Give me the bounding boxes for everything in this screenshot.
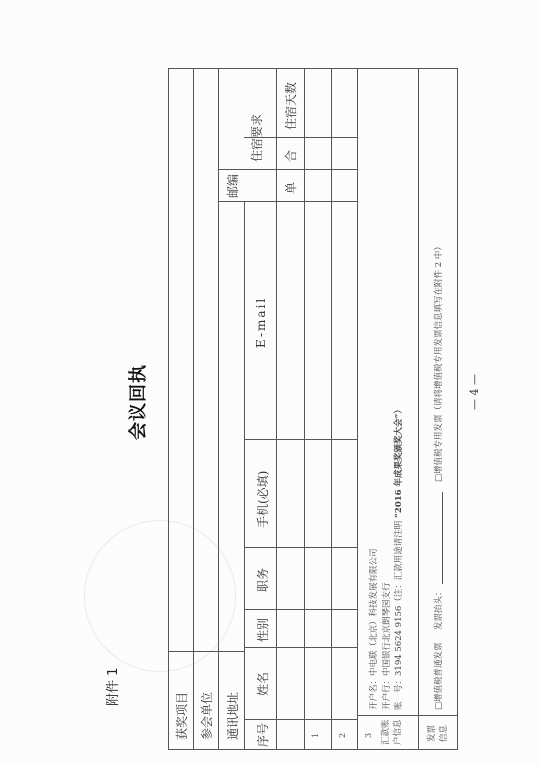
remittance-label: 汇款账 户信息: [380, 719, 404, 745]
attending-unit-label: 参会单位: [198, 692, 215, 740]
page-number: — 4 —: [468, 374, 481, 410]
col-divider: [218, 169, 357, 170]
invoice-label: 发票 信息: [426, 725, 450, 742]
col-header-email: E-mail: [254, 297, 268, 348]
row-1-shared-field[interactable]: [305, 139, 330, 169]
col-header-name: 姓名: [254, 672, 271, 696]
attending-unit-field[interactable]: [195, 70, 217, 650]
col-header-single: 单: [282, 182, 299, 194]
attachment-label: 附件 1: [102, 668, 121, 706]
invoice-special-option[interactable]: □增值税专用发票（请将增值税专用发票信息填写在附件 2 中）: [432, 242, 444, 482]
invoice-normal-option[interactable]: □增值税普通发票: [432, 642, 444, 710]
col-header-position: 职务: [254, 568, 271, 592]
col-divider: [244, 609, 357, 610]
row-2-single-field[interactable]: [332, 171, 356, 201]
row-1-index: 1: [311, 733, 320, 738]
remittance-purpose-note: “2016 年成果奖颁奖大会”）: [394, 405, 404, 518]
row-divider: [244, 202, 245, 750]
row-1-nights-field[interactable]: [305, 69, 330, 137]
postcode-field[interactable]: [220, 70, 242, 168]
invoice-label-line1: 发票: [426, 725, 438, 742]
account-number-line: 账 号：3194 5624 9156（注：汇款用途请注明 “2016 年成果奖颁…: [393, 405, 406, 710]
row-2-position-field[interactable]: [332, 549, 356, 609]
col-divider: [244, 547, 357, 548]
col-divider: [244, 647, 357, 648]
col-divider: [168, 651, 244, 652]
col-header-shared: 合: [282, 150, 299, 162]
col-divider: [244, 439, 357, 440]
col-divider: [357, 715, 458, 716]
bank-name: 开户行：中国银行北京朗琴园支行: [381, 405, 394, 710]
row-1-mobile-field[interactable]: [305, 441, 330, 547]
row-1-single-field[interactable]: [305, 171, 330, 201]
award-project-field[interactable]: [170, 70, 192, 650]
address-field[interactable]: [220, 204, 242, 650]
page-title: 会议回执: [124, 364, 150, 440]
row-2-shared-field[interactable]: [332, 139, 356, 169]
col-divider: [218, 201, 244, 202]
row-1-email-field[interactable]: [305, 203, 330, 439]
row-2-name-field[interactable]: [332, 649, 356, 719]
row-divider: [218, 68, 219, 750]
col-header-gender: 性别: [254, 618, 271, 642]
invoice-title-field[interactable]: [442, 492, 443, 584]
col-header-nights: 住宿天数: [282, 82, 299, 130]
address-label: 通讯地址: [224, 692, 241, 740]
row-divider: [193, 68, 194, 750]
account-name: 开户名：中电联（北京）科技发展有限公司: [368, 405, 381, 710]
row-3-index: 3: [364, 733, 373, 738]
col-header-lodging: 住宿要求: [248, 114, 265, 162]
col-divider: [244, 719, 357, 720]
row-1-position-field[interactable]: [305, 549, 330, 609]
col-header-index: 序号: [254, 723, 271, 747]
postcode-label: 邮编: [224, 174, 241, 198]
invoice-title-label: 发票抬头：: [432, 587, 444, 630]
invoice-label-line2: 信息: [438, 725, 450, 742]
row-1-name-field[interactable]: [305, 649, 330, 719]
col-header-mobile: 手机(必填): [254, 471, 271, 528]
row-2-mobile-field[interactable]: [332, 441, 356, 547]
row-2-gender-field[interactable]: [332, 611, 356, 647]
row-divider: [418, 68, 419, 750]
col-divider: [244, 201, 357, 202]
row-2-email-field[interactable]: [332, 203, 356, 439]
account-number: 账 号：3194 5624 9156（注：汇款用途请注明: [394, 521, 404, 710]
row-2-nights-field[interactable]: [332, 69, 356, 137]
award-project-label: 获奖项目: [173, 692, 190, 740]
remittance-label-line2: 户信息: [392, 719, 404, 745]
receipt-form-table: 获奖项目 参会单位 通讯地址 邮编 序号 姓名 性别 职务 手机(必填) E-m…: [168, 68, 458, 750]
remittance-info: 开户名：中电联（北京）科技发展有限公司 开户行：中国银行北京朗琴园支行 账 号：…: [368, 405, 406, 710]
row-1-gender-field[interactable]: [305, 611, 330, 647]
row-2-index: 2: [338, 733, 347, 738]
remittance-label-line1: 汇款账: [380, 719, 392, 745]
row-divider: [357, 68, 358, 750]
